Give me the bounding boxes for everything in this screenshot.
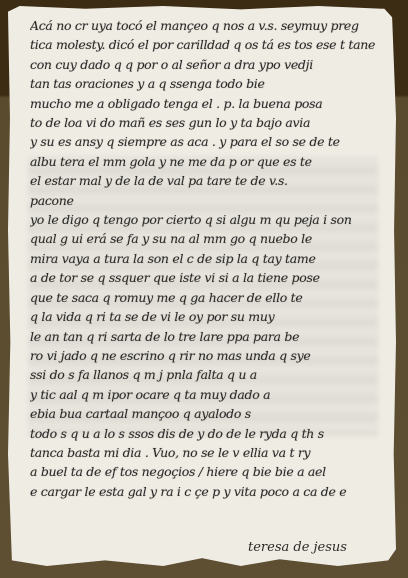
text-line: tan tas oraciones y a q ssenga todo bie: [30, 74, 380, 93]
text-line: el estar mal y de la de val pa tare te d…: [30, 171, 380, 190]
text-line: albu tera el mm gola y ne me da p or que…: [30, 152, 380, 171]
text-line: a buel ta de ef tos negoçios / hiere q b…: [30, 462, 380, 481]
text-line: pacone: [30, 191, 380, 210]
text-line: a de tor se q ssquer que iste vi si a la…: [30, 268, 380, 287]
text-line: con cuy dado q q por o al señor a dra yp…: [30, 55, 380, 74]
text-line: y tic aal q m ipor ocare q ta muy dado a: [30, 385, 380, 404]
text-line: que te saca q romuy me q ga hacer de ell…: [30, 288, 380, 307]
text-line: yo le digo q tengo por cierto q si algu …: [30, 210, 380, 229]
text-line: y su es ansy q siempre as aca . y para e…: [30, 132, 380, 151]
text-line: todo s q u a lo s ssos dis de y do de le…: [30, 424, 380, 443]
text-line: le an tan q ri sarta de lo tre lare ppa …: [30, 327, 380, 346]
text-line: q la vida q ri ta se de vi le oy por su …: [30, 307, 380, 326]
manuscript-page: Acá no cr uya tocó el mançeo q nos a v.s…: [8, 6, 396, 566]
text-line: ssi do s fa llanos q m j pnla falta q u …: [30, 365, 380, 384]
text-line: ro vi jado q ne escrino q rir no mas und…: [30, 346, 380, 365]
text-line: to de loa vi do mañ es ses gun lo y ta b…: [30, 113, 380, 132]
text-line: tica molesty. dicó el por carilldad q os…: [30, 35, 380, 54]
signature: teresa de jesus: [248, 540, 347, 555]
text-line: e cargar le esta gal y ra i c çe p y vit…: [30, 482, 380, 501]
text-line: mira vaya a tura la son el c de sip la q…: [30, 249, 380, 268]
handwritten-text: Acá no cr uya tocó el mançeo q nos a v.s…: [30, 16, 380, 501]
text-line: qual g ui erá se fa y su na al mm go q n…: [30, 229, 380, 248]
text-line: Acá no cr uya tocó el mançeo q nos a v.s…: [30, 16, 380, 35]
text-line: ebia bua cartaal mançoo q ayalodo s: [30, 404, 380, 423]
text-line: tanca basta mi dia . Vuo, no se le v ell…: [30, 443, 380, 462]
text-line: mucho me a obligado tenga el . p. la bue…: [30, 94, 380, 113]
